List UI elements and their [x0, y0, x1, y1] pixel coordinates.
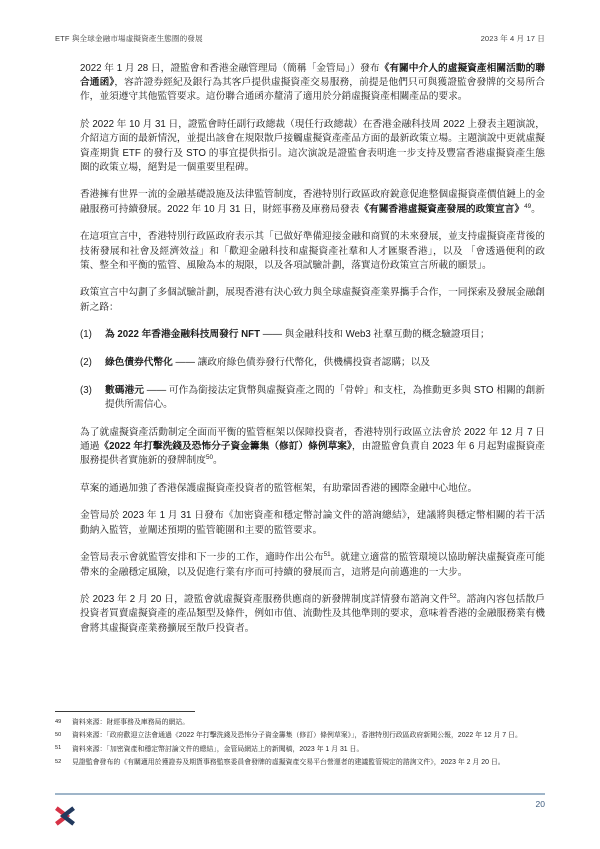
paragraph-3: 香港擁有世界一流的金融基礎設施及法律監管制度，香港特別行政區政府銳意促進整個虛擬… — [80, 188, 545, 216]
header-date: 2023 年 4 月 17 日 — [481, 33, 545, 44]
list-item-3: (3) 數碼港元 —— 可作為銜接法定貨幣與虛擬資產之間的「骨幹」和支柱，為推動… — [80, 384, 545, 412]
footnote-52: 52 見證監會發布的《有關適用於獲證券及期貨事務監察委員會發牌的虛擬資產交易平台… — [55, 758, 545, 768]
paragraph-6: 為了就虛擬資產活動制定全面而平衡的監管框架以保障投資者，香港特別行政區立法會於 … — [80, 426, 545, 469]
text-run: 於 2023 年 2 月 20 日，證監會就虛擬資產服務供應商的新發牌制度詳情發… — [80, 594, 449, 605]
footnotes-section: 49 資料來源：財經事務及庫務局的網站。 50 資料來源：「政府歡迎立法會通過《… — [55, 711, 545, 772]
text-run: 。 — [531, 204, 541, 215]
footnote-50: 50 資料來源：「政府歡迎立法會通過《2022 年打擊洗錢及恐怖分子資金籌集（修… — [55, 731, 545, 741]
bold-lead-run: 數碼港元 — [105, 385, 144, 396]
bold-lead-run: 為 2022 年香港金融科技周發行 NFT — [105, 329, 260, 340]
paragraph-4: 在這項宣言中，香港特別行政區政府表示其「已做好準備迎接金融和商貿的未來發展，並支… — [80, 230, 545, 273]
footnote-text: 資料來源：「政府歡迎立法會通過《2022 年打擊洗錢及恐怖分子資金籌集（修訂）條… — [72, 731, 545, 741]
paragraph-8: 金管局於 2023 年 1 月 31 日發布《加密資產和穩定幣討論文件的諮詢總結… — [80, 509, 545, 537]
footnote-49: 49 資料來源：財經事務及庫務局的網站。 — [55, 718, 545, 728]
bold-title-run: 《2022 年打擊洗錢及恐怖分子資金籌集（修訂）條例草案》 — [99, 441, 351, 452]
list-item-number: (3) — [80, 384, 105, 412]
paragraph-1: 2022 年 1 月 28 日，證監會和香港金融管理局（簡稱「金管局」）發布《有… — [80, 62, 545, 105]
footer-rule — [55, 793, 545, 795]
list-item-2: (2) 綠色債券代幣化 —— 讓政府綠色債券發行代幣化，供機構投資者認購；以及 — [80, 356, 545, 370]
footnote-51: 51 資料來源：「加密資產和穩定幣討論文件的總結」，金管局網站上的新聞稿，202… — [55, 745, 545, 755]
text-run: ，容許證券經紀及銀行為其客戶提供虛擬資產交易服務，前提是他們只可與獲證監會發牌的… — [80, 77, 545, 102]
header-title: ETF 與全球金融市場虛擬資產生態圈的發展 — [55, 33, 203, 44]
text-run: —— 可作為銜接法定貨幣與虛擬資產之間的「骨幹」和支柱，為推動更多與 STO 相… — [105, 385, 545, 410]
footnote-separator — [55, 711, 195, 712]
list-item-number: (1) — [80, 328, 105, 342]
bold-title-run: 《有關香港虛擬資產發展的政策宣言》 — [359, 204, 524, 215]
paragraph-2: 於 2022 年 10 月 31 日，證監會時任副行政總裁（現任行政總裁）在香港… — [80, 118, 545, 175]
footnote-number: 49 — [55, 718, 72, 728]
document-page: ETF 與全球金融市場虛擬資產生態圈的發展 2023 年 4 月 17 日 20… — [0, 0, 600, 849]
footnote-text: 資料來源：「加密資產和穩定幣討論文件的總結」，金管局網站上的新聞稿，2023 年… — [72, 745, 545, 755]
footnote-number: 52 — [55, 758, 72, 768]
paragraph-5: 政策宣言中勾劃了多個試驗計劃，展現香港有決心致力與全球虛擬資產業界攜手合作，一同… — [80, 286, 545, 314]
paragraph-10: 於 2023 年 2 月 20 日，證監會就虛擬資產服務供應商的新發牌制度詳情發… — [80, 593, 545, 636]
brand-x-logo-icon — [53, 805, 77, 827]
paragraph-9: 金管局表示會就監管安排和下一步的工作，適時作出公布51。就建立適當的監管環境以協… — [80, 551, 545, 579]
page-number: 20 — [536, 799, 545, 809]
footnote-ref-50: 50 — [206, 454, 213, 461]
text-run: —— 讓政府綠色債券發行代幣化，供機構投資者認購；以及 — [173, 357, 430, 368]
list-item-number: (2) — [80, 356, 105, 370]
page-header: ETF 與全球金融市場虛擬資產生態圈的發展 2023 年 4 月 17 日 — [55, 33, 545, 44]
document-body: 2022 年 1 月 28 日，證監會和香港金融管理局（簡稱「金管局」）發布《有… — [80, 62, 545, 649]
list-item-text: 為 2022 年香港金融科技周發行 NFT —— 與金融科技和 Web3 社羣互… — [105, 328, 545, 342]
text-run: —— 與金融科技和 Web3 社羣互動的概念驗證項目； — [260, 329, 490, 340]
paragraph-7: 草案的通過加強了香港保護虛擬資產投資者的監管框架，有助鞏固香港的國際金融中心地位… — [80, 482, 545, 496]
list-item-1: (1) 為 2022 年香港金融科技周發行 NFT —— 與金融科技和 Web3… — [80, 328, 545, 342]
text-run: 2022 年 1 月 28 日，證監會和香港金融管理局（簡稱「金管局」）發布 — [80, 63, 380, 74]
footnote-number: 50 — [55, 731, 72, 741]
footnote-text: 見證監會發布的《有關適用於獲證券及期貨事務監察委員會發牌的虛擬資產交易平台營運者… — [72, 758, 545, 768]
bold-lead-run: 綠色債券代幣化 — [105, 357, 173, 368]
text-run: 金管局表示會就監管安排和下一步的工作，適時作出公布 — [80, 552, 324, 563]
text-run: 。 — [213, 455, 223, 466]
footnote-text: 資料來源：財經事務及庫務局的網站。 — [72, 718, 545, 728]
list-item-text: 綠色債券代幣化 —— 讓政府綠色債券發行代幣化，供機構投資者認購；以及 — [105, 356, 545, 370]
footnote-number: 51 — [55, 745, 72, 755]
footnote-ref-51: 51 — [324, 551, 331, 558]
list-item-text: 數碼港元 —— 可作為銜接法定貨幣與虛擬資產之間的「骨幹」和支柱，為推動更多與 … — [105, 384, 545, 412]
